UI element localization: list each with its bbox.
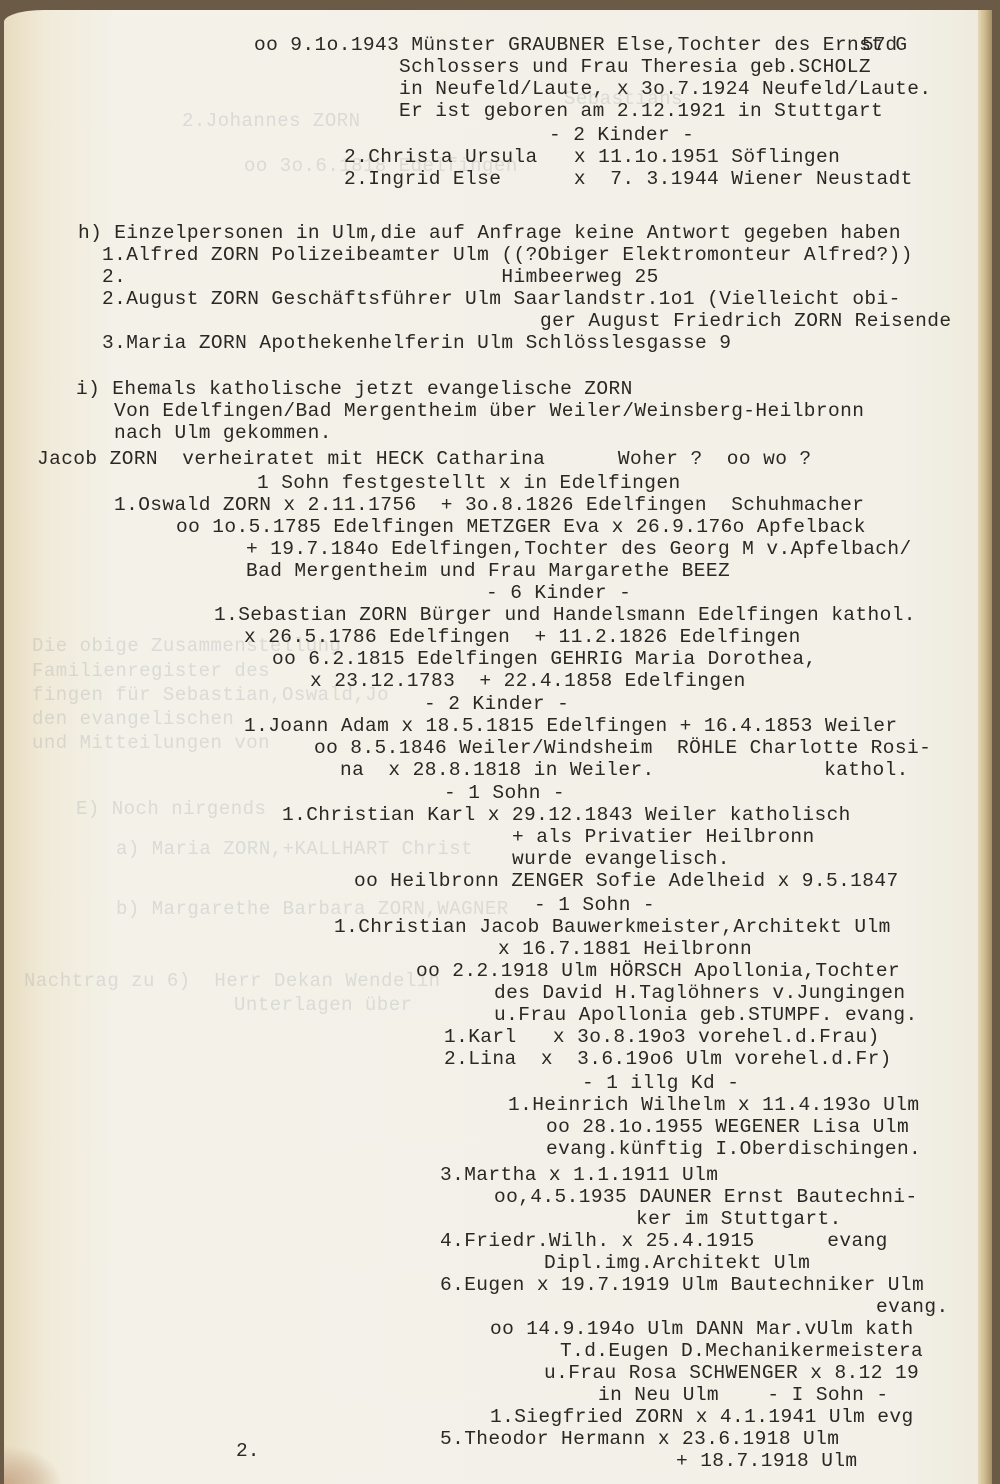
typed-line: h) Einzelpersonen in Ulm,die auf Anfrage… — [78, 222, 901, 244]
typed-line: ger August Friedrich ZORN Reisende — [540, 310, 951, 332]
typed-line: oo 14.9.194o Ulm DANN Mar.vUlm kath — [490, 1318, 914, 1340]
page-edge — [978, 10, 992, 1484]
typed-line: oo 28.1o.1955 WEGENER Lisa Ulm — [546, 1116, 909, 1138]
typed-line: 2.August ZORN Geschäftsführer Ulm Saarla… — [102, 288, 901, 310]
typed-line: oo,4.5.1935 DAUNER Ernst Bautechni- — [494, 1186, 918, 1208]
typed-line: Bad Mergentheim und Frau Margarethe BEEZ — [246, 560, 730, 582]
bleed-through-text: und Mitteilungen von — [32, 732, 270, 754]
typed-line: 1.Karl x 3o.8.19o3 vorehel.d.Frau) — [444, 1026, 880, 1048]
typed-line: + 19.7.184o Edelfingen,Tochter des Georg… — [246, 538, 912, 560]
typed-line: 1.Joann Adam x 18.5.1815 Edelfingen + 16… — [244, 715, 898, 737]
thumb-shadow — [4, 1444, 64, 1484]
typed-line: 2.Ingrid Else x 7. 3.1944 Wiener Neustad… — [344, 168, 913, 190]
typed-line: - 1 illg Kd - — [582, 1072, 739, 1094]
typed-line: 2.Lina x 3.6.19o6 Ulm vorehel.d.Fr) — [444, 1048, 892, 1070]
typed-line: T.d.Eugen D.Mechanikermeistera — [560, 1340, 923, 1362]
typed-line: u.Frau Apollonia geb.STUMPF. evang. — [494, 1004, 918, 1026]
typed-line: des David H.Taglöhners v.Jungingen — [494, 982, 905, 1004]
typed-line: 1.Christian Karl x 29.12.1843 Weiler kat… — [282, 804, 851, 826]
typed-line: 2. Himbeerweg 25 — [102, 266, 659, 288]
typed-line: 1.Alfred ZORN Polizeibeamter Ulm ((?Obig… — [102, 244, 913, 266]
typed-line: in Neufeld/Laute, x 3o.7.1924 Neufeld/La… — [399, 78, 931, 100]
typed-line: Er ist geboren am 2.12.1921 in Stuttgart — [399, 100, 883, 122]
typed-line: 1.Heinrich Wilhelm x 11.4.193o Ulm — [508, 1094, 919, 1116]
typed-line: + als Privatier Heilbronn — [512, 826, 815, 848]
typed-line: nach Ulm gekommen. — [114, 422, 332, 444]
typed-line: 1 Sohn festgestellt x in Edelfingen — [257, 472, 681, 494]
footer-page-number: 2. — [236, 1440, 259, 1462]
typed-line: x 26.5.1786 Edelfingen + 11.2.1826 Edelf… — [244, 626, 801, 648]
typed-line: oo 8.5.1846 Weiler/Windsheim RÖHLE Charl… — [314, 737, 931, 759]
bleed-through-text: Familienregister des — [32, 660, 270, 682]
typed-line: 1.Siegfried ZORN x 4.1.1941 Ulm evg — [490, 1406, 914, 1428]
bleed-through-text: Unterlagen über — [234, 994, 413, 1016]
typed-line: 1.Sebastian ZORN Bürger und Handelsmann … — [214, 604, 916, 626]
typed-line: 4.Friedr.Wilh. x 25.4.1915 evang — [440, 1230, 888, 1252]
bleed-through-text: E) Noch nirgends — [76, 798, 266, 820]
typed-line: oo 6.2.1815 Edelfingen GEHRIG Maria Doro… — [272, 648, 817, 670]
bleed-through-text: a) Maria ZORN,+KALLHART Christ — [116, 838, 473, 860]
typed-line: Dipl.img.Architekt Ulm — [544, 1252, 810, 1274]
typed-line: evang. — [876, 1296, 949, 1318]
typed-line: 3.Martha x 1.1.1911 Ulm — [440, 1164, 718, 1186]
typed-line: i) Ehemals katholische jetzt evangelisch… — [76, 378, 633, 400]
typed-line: 1.Oswald ZORN x 2.11.1756 + 3o.8.1826 Ed… — [114, 494, 864, 516]
bleed-through-text: Nachtrag zu 6) Herr Dekan Wendelin — [24, 970, 441, 992]
typed-line: Von Edelfingen/Bad Mergentheim über Weil… — [114, 400, 864, 422]
typed-line: ker im Stuttgart. — [636, 1208, 842, 1230]
typed-line: oo 1o.5.1785 Edelfingen METZGER Eva x 26… — [176, 516, 866, 538]
typed-line: oo 2.2.1918 Ulm HÖRSCH Apollonia,Tochter — [416, 960, 900, 982]
document-page: Sebastians 2.Johannes ZORN oo 3o.6.1818 … — [4, 10, 992, 1484]
typed-line: + 18.7.1918 Ulm — [676, 1450, 858, 1472]
typed-line: - 2 Kinder - — [549, 124, 694, 146]
typed-line: x 16.7.1881 Heilbronn — [498, 938, 752, 960]
typed-line: - 6 Kinder - — [486, 582, 631, 604]
bleed-through-text: den evangelischen — [32, 708, 234, 730]
typed-line: u.Frau Rosa SCHWENGER x 8.12 19 — [544, 1362, 919, 1384]
typed-line: - 2 Kinder - — [424, 693, 569, 715]
typed-line: 5.Theodor Hermann x 23.6.1918 Ulm — [440, 1428, 839, 1450]
typed-line: Jacob ZORN verheiratet mit HECK Catharin… — [37, 448, 812, 470]
typed-line: in Neu Ulm - I Sohn - — [598, 1384, 888, 1406]
typed-line: 1.Christian Jacob Bauwerkmeister,Archite… — [334, 916, 891, 938]
typed-line: na x 28.8.1818 in Weiler. kathol. — [340, 759, 909, 781]
typed-line: wurde evangelisch. — [512, 848, 730, 870]
typed-line: Schlossers und Frau Theresia geb.SCHOLZ — [399, 56, 871, 78]
bleed-through-text: 2.Johannes ZORN — [182, 110, 361, 132]
typed-line: oo Heilbronn ZENGER Sofie Adelheid x 9.5… — [354, 870, 899, 892]
typed-line: x 23.12.1783 + 22.4.1858 Edelfingen — [310, 670, 746, 692]
typed-line: 6.Eugen x 19.7.1919 Ulm Bautechniker Ulm — [440, 1274, 924, 1296]
typed-line: oo 9.1o.1943 Münster GRAUBNER Else,Tocht… — [254, 34, 908, 56]
typed-line: 2.Christa Ursula x 11.1o.1951 Söflingen — [344, 146, 840, 168]
typed-line: evang.künftig I.Oberdischingen. — [546, 1138, 921, 1160]
typed-line: 3.Maria ZORN Apothekenhelferin Ulm Schlö… — [102, 332, 731, 354]
typed-line: - 1 Sohn - — [444, 782, 565, 804]
typed-line: - 1 Sohn - — [534, 894, 655, 916]
